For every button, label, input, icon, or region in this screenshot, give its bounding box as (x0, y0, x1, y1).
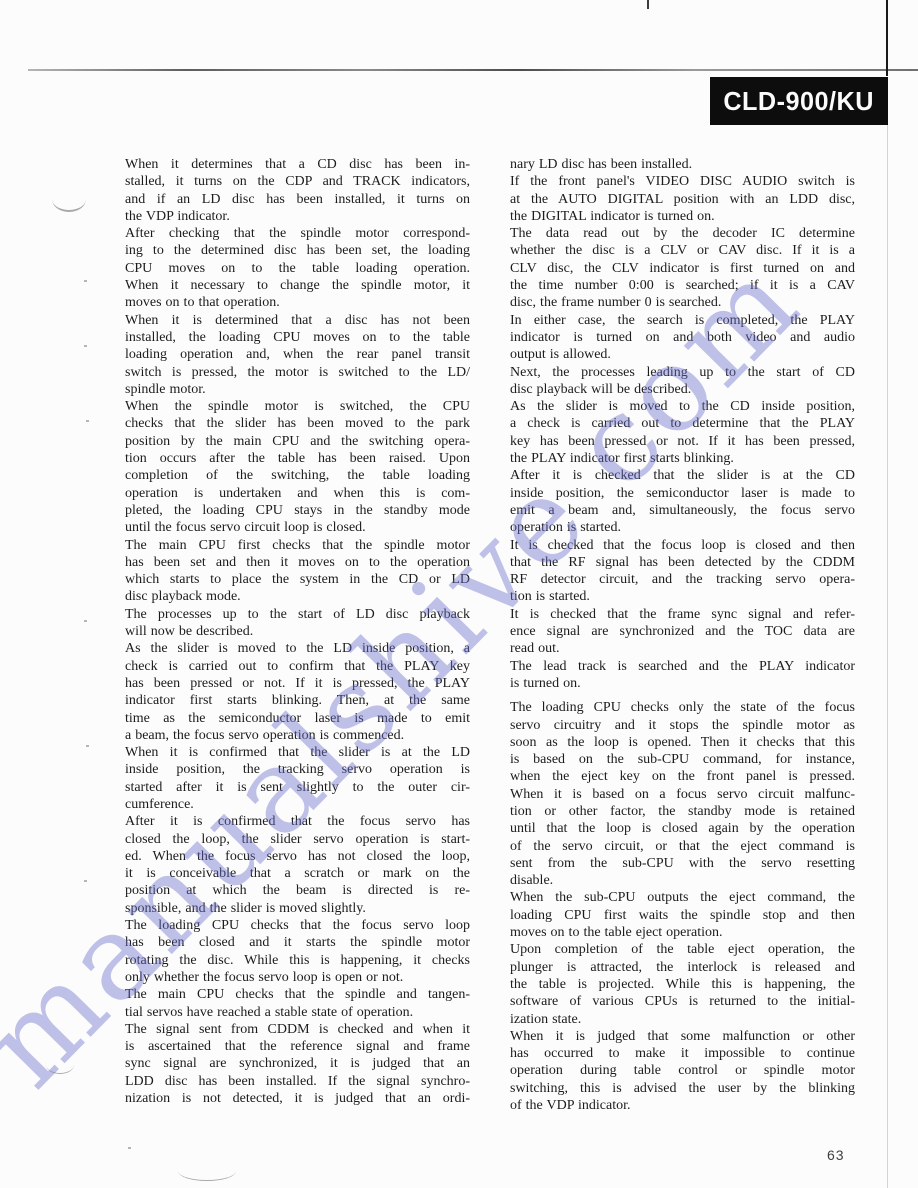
manual-page: manualshive com CLD-900/KU When it deter… (0, 0, 918, 1188)
text-line: spindle motor. (125, 381, 470, 398)
text-line: When it is based on a focus servo circui… (510, 786, 855, 803)
text-line: sponsible, and the slider is moved sligh… (125, 900, 470, 917)
text-line: indicator first starts blinking. Then, a… (125, 692, 470, 709)
scan-edge-line-dark (886, 0, 888, 76)
paragraph: When it is confirmed that the slider is … (125, 744, 470, 813)
page-number: 63 (827, 1147, 845, 1163)
text-line: operation during table control or spindl… (510, 1062, 855, 1079)
text-line: tion or other factor, the standby mode i… (510, 803, 855, 820)
text-line: It is checked that the frame sync signal… (510, 606, 855, 623)
text-line: ence signal are synchronized and the TOC… (510, 623, 855, 640)
text-line: CPU moves on to the table loading operat… (125, 260, 470, 277)
text-line: completion of the switching, the table l… (125, 467, 470, 484)
text-line: ization state. (510, 1011, 855, 1028)
paragraph: The main CPU checks that the spindle and… (125, 986, 470, 1021)
text-line: the VDP indicator. (125, 208, 470, 225)
text-line: tion occurs after the table has been rai… (125, 450, 470, 467)
text-line: servo circuitry and it stops the spindle… (510, 717, 855, 734)
paragraph: When the spindle motor is switched, the … (125, 398, 470, 536)
text-line: Next, the processes leading up to the st… (510, 364, 855, 381)
text-line: When the sub-CPU outputs the eject comma… (510, 889, 855, 906)
text-line: has been set and then it moves on to the… (125, 554, 470, 571)
text-line: The processes up to the start of LD disc… (125, 606, 470, 623)
scan-artifact-speck (84, 880, 87, 882)
text-line: cumference. (125, 796, 470, 813)
scan-tick-mark (647, 0, 649, 9)
text-line: After checking that the spindle motor co… (125, 225, 470, 242)
text-line: As the slider is moved to the LD inside … (125, 640, 470, 657)
text-line: checks that the slider has been moved to… (125, 415, 470, 432)
paragraph: Upon completion of the table eject opera… (510, 941, 855, 1027)
text-line: is based on the sub-CPU command, for ins… (510, 751, 855, 768)
scan-artifact-arc (46, 1064, 74, 1074)
text-line: plunger is attracted, the interlock is r… (510, 959, 855, 976)
text-line: When the spindle motor is switched, the … (125, 398, 470, 415)
text-line: switch is pressed, the motor is switched… (125, 364, 470, 381)
paragraph: Next, the processes leading up to the st… (510, 364, 855, 399)
paragraph: The processes up to the start of LD disc… (125, 606, 470, 641)
text-line: The lead track is searched and the PLAY … (510, 658, 855, 675)
text-line: ed. When the focus servo has not closed … (125, 848, 470, 865)
text-line: time as the semiconductor laser is made … (125, 710, 470, 727)
text-line: until the focus servo circuit loop is cl… (125, 519, 470, 536)
text-line: disc, the frame number 0 is searched. (510, 294, 855, 311)
text-line: the table is projected. While this is ha… (510, 976, 855, 993)
text-line: emit a beam and, simultaneously, the foc… (510, 502, 855, 519)
text-line: of the servo circuit, or that the eject … (510, 838, 855, 855)
scan-artifact-speck (84, 345, 87, 347)
text-line: soon as the loop is opened. Then it chec… (510, 734, 855, 751)
text-line: until that the loop is closed again by t… (510, 820, 855, 837)
text-line: nization is not detected, it is judged t… (125, 1090, 470, 1107)
paragraph: nary LD disc has been installed. (510, 156, 855, 173)
text-line: will now be described. (125, 623, 470, 640)
text-line: software of various CPUs is returned to … (510, 993, 855, 1010)
model-label: CLD-900/KU (724, 86, 875, 117)
paragraph: After it is confirmed that the focus ser… (125, 813, 470, 917)
text-line: ing to the determined disc has been set,… (125, 242, 470, 259)
text-line: is ascertained that the reference signal… (125, 1038, 470, 1055)
text-line: LDD disc has been installed. If the sign… (125, 1073, 470, 1090)
body-text: When it determines that a CD disc has be… (125, 156, 855, 1114)
text-line: and if an LD disc has been installed, it… (125, 191, 470, 208)
text-line: The loading CPU checks that the focus se… (125, 917, 470, 934)
text-line: The loading CPU checks only the state of… (510, 699, 855, 716)
text-line: disc playback mode. (125, 588, 470, 605)
paragraph: When it is judged that some malfunction … (510, 1028, 855, 1114)
text-line: position by the main CPU and the switchi… (125, 433, 470, 450)
text-line: key has been pressed or not. If it has b… (510, 433, 855, 450)
text-line: operation is started. (510, 519, 855, 536)
text-line: tion is started. (510, 588, 855, 605)
text-line: disc playback will be described. (510, 381, 855, 398)
paragraph: When it determines that a CD disc has be… (125, 156, 470, 225)
text-line: indicator is turned on and both video an… (510, 329, 855, 346)
scan-artifact-speck (86, 420, 89, 422)
text-line: loading operation and, when the rear pan… (125, 346, 470, 363)
scan-artifact-speck (128, 1147, 131, 1149)
paragraph: When the sub-CPU outputs the eject comma… (510, 889, 855, 941)
scan-artifact-speck (84, 280, 87, 282)
text-line: position at which the beam is directed i… (125, 882, 470, 899)
text-line: which starts to place the system in the … (125, 571, 470, 588)
scan-artifact-speck (84, 620, 87, 622)
text-line: started after it is sent slightly to the… (125, 779, 470, 796)
text-line: a check is carried out to determine that… (510, 415, 855, 432)
text-line: inside position, the semiconductor laser… (510, 485, 855, 502)
paragraph: The signal sent from CDDM is checked and… (125, 1021, 470, 1107)
text-line: when the eject key on the front panel is… (510, 768, 855, 785)
text-line: moves on to the table eject operation. (510, 924, 855, 941)
text-line: It is checked that the focus loop is clo… (510, 537, 855, 554)
text-line: switching, this is advised the user by t… (510, 1080, 855, 1097)
header-rule (28, 69, 918, 71)
paragraph: The main CPU first checks that the spind… (125, 537, 470, 606)
text-line: output is allowed. (510, 346, 855, 363)
text-line: After it is checked that the slider is a… (510, 467, 855, 484)
text-line: loading CPU first waits the spindle stop… (510, 907, 855, 924)
scan-edge-line-light (887, 125, 888, 1188)
text-line: has been closed and it starts the spindl… (125, 934, 470, 951)
text-line: disable. (510, 872, 855, 889)
text-line: read out. (510, 640, 855, 657)
text-line: it is conceivable that a scratch or mark… (125, 865, 470, 882)
scan-artifact-arc (178, 1170, 236, 1181)
text-line: RF detector circuit, and the tracking se… (510, 571, 855, 588)
paragraph: It is checked that the focus loop is clo… (510, 537, 855, 606)
paragraph: As the slider is moved to the LD inside … (125, 640, 470, 744)
text-line: If the front panel's VIDEO DISC AUDIO sw… (510, 173, 855, 190)
text-line: of the VDP indicator. (510, 1097, 855, 1114)
text-column-left: When it determines that a CD disc has be… (125, 156, 470, 1114)
text-line: has been pressed or not. If it is presse… (125, 675, 470, 692)
scan-artifact-speck (86, 745, 89, 747)
text-line: When it is determined that a disc has no… (125, 312, 470, 329)
text-line: The main CPU checks that the spindle and… (125, 986, 470, 1003)
text-line: pleted, the loading CPU stays in the sta… (125, 502, 470, 519)
paragraph: In either case, the search is completed,… (510, 312, 855, 364)
text-column-right: nary LD disc has been installed.If the f… (510, 156, 855, 1114)
text-line: sync signal are synchronized, it is judg… (125, 1055, 470, 1072)
paragraph: The loading CPU checks only the state of… (510, 699, 855, 889)
model-badge: CLD-900/KU (710, 77, 888, 125)
text-line: As the slider is moved to the CD inside … (510, 398, 855, 415)
text-line: has occurred to make it impossible to co… (510, 1045, 855, 1062)
text-line: The signal sent from CDDM is checked and… (125, 1021, 470, 1038)
text-line: When it is judged that some malfunction … (510, 1028, 855, 1045)
text-line: closed the loop, the slider servo operat… (125, 831, 470, 848)
text-line: the DIGITAL indicator is turned on. (510, 208, 855, 225)
text-line: operation is undertaken and when this is… (125, 485, 470, 502)
text-line: is turned on. (510, 675, 855, 692)
text-line: check is carried out to confirm that the… (125, 658, 470, 675)
text-line: nary LD disc has been installed. (510, 156, 855, 173)
paragraph: After it is checked that the slider is a… (510, 467, 855, 536)
text-line: Upon completion of the table eject opera… (510, 941, 855, 958)
text-line: stalled, it turns on the CDP and TRACK i… (125, 173, 470, 190)
text-line: CLV disc, the CLV indicator is first tur… (510, 260, 855, 277)
text-line: that the RF signal has been detected by … (510, 554, 855, 571)
text-line: at the AUTO DIGITAL position with an LDD… (510, 191, 855, 208)
text-line: only whether the focus servo loop is ope… (125, 969, 470, 986)
text-line: the time number 0:00 is searched; if it … (510, 277, 855, 294)
text-line: moves on to that operation. (125, 294, 470, 311)
text-line: When it determines that a CD disc has be… (125, 156, 470, 173)
paragraph: The lead track is searched and the PLAY … (510, 658, 855, 693)
text-line: the PLAY indicator first starts blinking… (510, 450, 855, 467)
text-line: a beam, the focus servo operation is com… (125, 727, 470, 744)
text-line: installed, the loading CPU moves on to t… (125, 329, 470, 346)
paragraph: The data read out by the decoder IC dete… (510, 225, 855, 311)
paragraph: The loading CPU checks that the focus se… (125, 917, 470, 986)
scan-artifact-arc (52, 198, 86, 212)
text-line: tial servos have reached a stable state … (125, 1004, 470, 1021)
text-line: inside position, the tracking servo oper… (125, 761, 470, 778)
paragraph: As the slider is moved to the CD inside … (510, 398, 855, 467)
text-line: The main CPU first checks that the spind… (125, 537, 470, 554)
text-line: The data read out by the decoder IC dete… (510, 225, 855, 242)
text-line: After it is confirmed that the focus ser… (125, 813, 470, 830)
paragraph: When it is determined that a disc has no… (125, 312, 470, 398)
paragraph: After checking that the spindle motor co… (125, 225, 470, 311)
paragraph: It is checked that the frame sync signal… (510, 606, 855, 658)
text-line: sent from the sub-CPU with the servo res… (510, 855, 855, 872)
paragraph: If the front panel's VIDEO DISC AUDIO sw… (510, 173, 855, 225)
text-line: When it necessary to change the spindle … (125, 277, 470, 294)
text-line: When it is confirmed that the slider is … (125, 744, 470, 761)
text-line: whether the disc is a CLV or CAV disc. I… (510, 242, 855, 259)
text-line: rotating the disc. While this is happeni… (125, 952, 470, 969)
text-line: In either case, the search is completed,… (510, 312, 855, 329)
